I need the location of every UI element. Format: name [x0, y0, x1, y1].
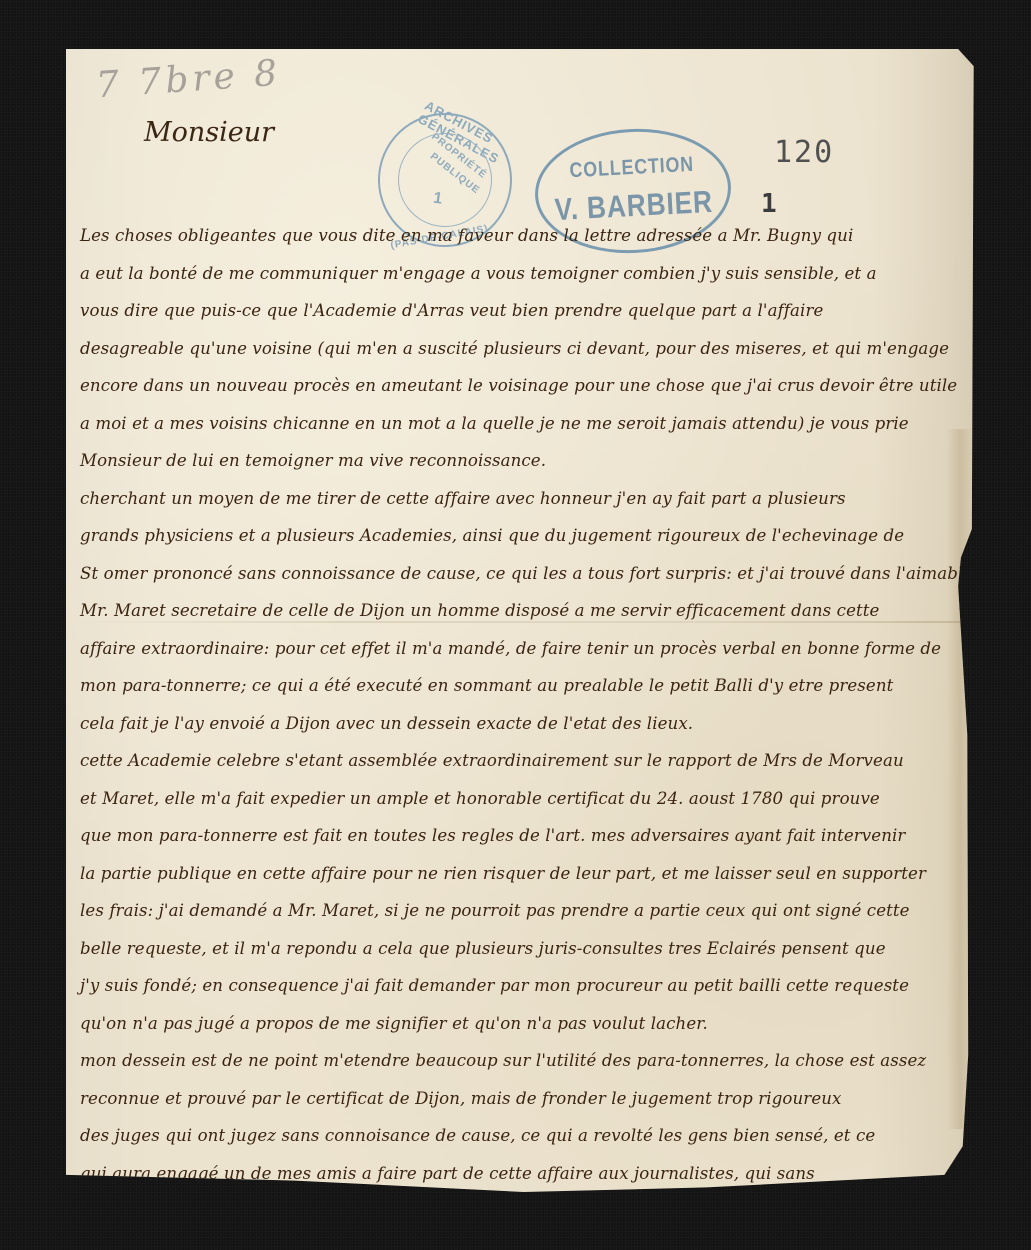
text-line: cela fait je l'ay envoié a Dijon avec un… — [80, 705, 968, 743]
text-line: j'y suis fondé; en consequence j'ai fait… — [80, 967, 968, 1005]
text-line: cherchant un moyen de me tirer de cette … — [80, 480, 968, 518]
text-line: grands physiciens et a plusieurs Academi… — [80, 517, 968, 555]
manuscript-page: 7 7bre 8 Monsieur ARCHIVES GÉNÉRALES PRO… — [66, 49, 981, 1192]
letter-body: Les choses obligeantes que vous dite en … — [80, 217, 968, 1230]
text-line: et Maret, elle m'a fait expedier un ampl… — [80, 780, 968, 818]
text-line: mon dessein est de ne point m'etendre be… — [80, 1042, 968, 1080]
text-line: la partie publique en cette affaire pour… — [80, 855, 968, 893]
folio-number: 120 — [774, 135, 834, 170]
text-line: Monsieur de lui en temoigner ma vive rec… — [80, 442, 968, 480]
text-line: des juges qui ont jugez sans connoisance… — [80, 1117, 968, 1155]
text-line: qui aura engagé un de mes amis a faire p… — [80, 1155, 968, 1193]
text-line: encore dans un nouveau procès en ameutan… — [80, 367, 968, 405]
text-line: mon para-tonnerre; ce qui a été executé … — [80, 667, 968, 705]
text-line: desagreable qu'une voisine (qui m'en a s… — [80, 330, 968, 368]
stamp-center-line2: PUBLIQUE — [428, 151, 482, 196]
text-line: cette Academie celebre s'etant assemblée… — [80, 742, 968, 780]
collection-stamp-line1: COLLECTION — [551, 152, 714, 184]
pencil-archival-reference: 7 7bre 8 — [95, 53, 283, 107]
stamp-center-number: 1 — [432, 190, 444, 209]
text-line: belle requeste, et il m'a repondu a cela… — [80, 930, 968, 968]
text-line: Les choses obligeantes que vous dite en … — [80, 217, 968, 255]
stamp-ring-top-text: ARCHIVES GÉNÉRALES — [415, 98, 517, 171]
text-line: a moi et a mes voisins chicanne en un mo… — [80, 405, 968, 443]
text-line: qu'on n'a pas jugé a propos de me signif… — [80, 1005, 968, 1043]
text-line: St omer prononcé sans connoissance de ca… — [80, 555, 968, 593]
text-line: que mon para-tonnerre est fait en toutes… — [80, 817, 968, 855]
page-number: 1 — [761, 189, 777, 219]
text-line: a eut la bonté de me communiquer m'engag… — [80, 255, 968, 293]
text-line: affaire extraordinaire: pour cet effet i… — [80, 630, 968, 668]
salutation: Monsieur — [144, 117, 274, 148]
text-line: Mr. Maret secretaire de celle de Dijon u… — [80, 592, 968, 630]
text-line: nommer le lieu ni les personnes ont cepe… — [80, 1192, 968, 1230]
text-line: les frais: j'ai demandé a Mr. Maret, si … — [80, 892, 968, 930]
text-line: vous dire que puis-ce que l'Academie d'A… — [80, 292, 968, 330]
text-line: reconnue et prouvé par le certificat de … — [80, 1080, 968, 1118]
